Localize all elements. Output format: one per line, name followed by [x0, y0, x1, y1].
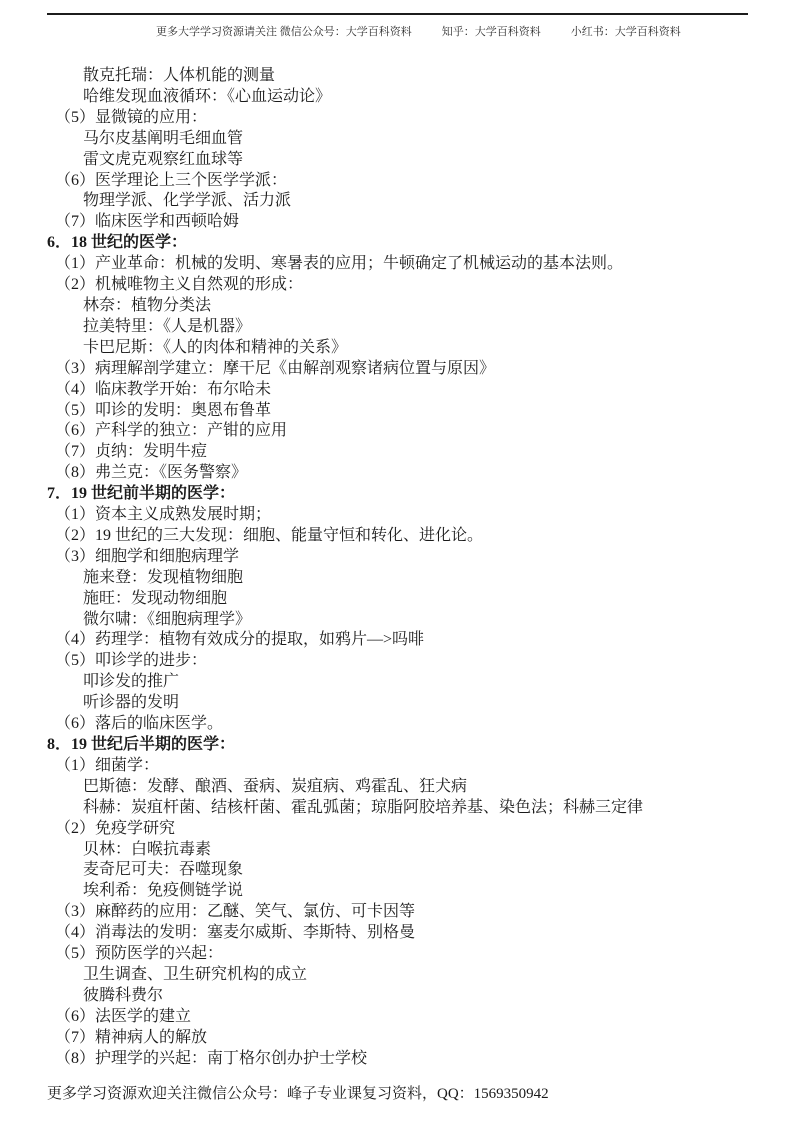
- document-line: （5）显微镜的应用：: [0, 108, 793, 129]
- document-line: （8）弗兰克：《医务警察》: [0, 463, 793, 484]
- document-line: （6）产科学的独立：产钳的应用: [0, 421, 793, 442]
- document-line: 卫生调查、卫生研究机构的成立: [0, 965, 793, 986]
- document-line: （7）精神病人的解放: [0, 1028, 793, 1049]
- document-line: （4）药理学：植物有效成分的提取，如鸦片—>吗啡: [0, 630, 793, 651]
- document-line: 彼腾科费尔: [0, 986, 793, 1007]
- document-line: （1）细菌学：: [0, 756, 793, 777]
- document-line: （4）消毒法的发明：塞麦尔威斯、李斯特、别格曼: [0, 923, 793, 944]
- header-rule: [47, 13, 748, 15]
- document-line: 马尔皮基阐明毛细血管: [0, 129, 793, 150]
- document-line: 施旺：发现动物细胞: [0, 589, 793, 610]
- document-line: （3）麻醉药的应用：乙醚、笑气、氯仿、可卡因等: [0, 902, 793, 923]
- document-line: （2）19 世纪的三大发现：细胞、能量守恒和转化、进化论。: [0, 526, 793, 547]
- document-line: （1）产业革命：机械的发明、寒暑表的应用；牛顿确定了机械运动的基本法则。: [0, 254, 793, 275]
- document-line: 叩诊发的推广: [0, 672, 793, 693]
- document-line: 林奈：植物分类法: [0, 296, 793, 317]
- document-line: 科赫：炭疽杆菌、结核杆菌、霍乱弧菌；琼脂阿胶培养基、染色法；科赫三定律: [0, 798, 793, 819]
- document-line: （6）落后的临床医学。: [0, 714, 793, 735]
- header-zhihu-note: 知乎：大学百科资料: [442, 23, 541, 39]
- document-line: 物理学派、化学学派、活力派: [0, 191, 793, 212]
- document-line: 散克托瑞：人体机能的测量: [0, 66, 793, 87]
- document-line: 8．19 世纪后半期的医学：: [0, 735, 793, 756]
- document-line: 埃利希：免疫侧链学说: [0, 881, 793, 902]
- document-line: 雷文虎克观察红血球等: [0, 150, 793, 171]
- document-line: （3）病理解剖学建立：摩干尼《由解剖观察诸病位置与原因》: [0, 359, 793, 380]
- document-line: 贝林：白喉抗毒素: [0, 840, 793, 861]
- document-line: 6．18 世纪的医学：: [0, 233, 793, 254]
- document-line: 麦奇尼可夫：吞噬现象: [0, 860, 793, 881]
- document-line: 哈维发现血液循环：《心血运动论》: [0, 87, 793, 108]
- document-line: 拉美特里：《人是机器》: [0, 317, 793, 338]
- document-line: （1）资本主义成熟发展时期；: [0, 505, 793, 526]
- document-line: （2）免疫学研究: [0, 819, 793, 840]
- document-line: 巴斯德：发酵、酿酒、蚕病、炭疽病、鸡霍乱、狂犬病: [0, 777, 793, 798]
- document-line: （5）叩诊学的进步：: [0, 651, 793, 672]
- document-line: （6）医学理论上三个医学学派：: [0, 171, 793, 192]
- document-line: （6）法医学的建立: [0, 1007, 793, 1028]
- page-footer-note: 更多学习资源欢迎关注微信公众号：峰子专业课复习资料，QQ：1569350942: [47, 1084, 549, 1105]
- document-line: （4）临床教学开始：布尔哈未: [0, 380, 793, 401]
- document-line: （8）护理学的兴起：南丁格尔创办护士学校: [0, 1049, 793, 1070]
- document-line: 施来登：发现植物细胞: [0, 568, 793, 589]
- header-xiaohongshu-note: 小红书：大学百科资料: [571, 23, 681, 39]
- document-line: （7）贞纳：发明牛痘: [0, 442, 793, 463]
- document-body: 散克托瑞：人体机能的测量哈维发现血液循环：《心血运动论》（5）显微镜的应用：马尔…: [0, 66, 793, 1070]
- document-line: （3）细胞学和细胞病理学: [0, 547, 793, 568]
- document-line: 听诊器的发明: [0, 693, 793, 714]
- document-line: （2）机械唯物主义自然观的形成：: [0, 275, 793, 296]
- document-line: 卡巴尼斯：《人的肉体和精神的关系》: [0, 338, 793, 359]
- page-header-note: 更多大学学习资源请关注 微信公众号：大学百科资料 知乎：大学百科资料 小红书：大…: [156, 23, 681, 39]
- document-line: （7）临床医学和西顿哈姆: [0, 212, 793, 233]
- document-line: （5）叩诊的发明：奥恩布鲁革: [0, 401, 793, 422]
- document-line: （5）预防医学的兴起：: [0, 944, 793, 965]
- header-wechat-note: 更多大学学习资源请关注 微信公众号：大学百科资料: [156, 23, 412, 39]
- document-line: 7．19 世纪前半期的医学：: [0, 484, 793, 505]
- document-line: 微尔啸：《细胞病理学》: [0, 610, 793, 631]
- document-page: 更多大学学习资源请关注 微信公众号：大学百科资料 知乎：大学百科资料 小红书：大…: [0, 0, 793, 1122]
